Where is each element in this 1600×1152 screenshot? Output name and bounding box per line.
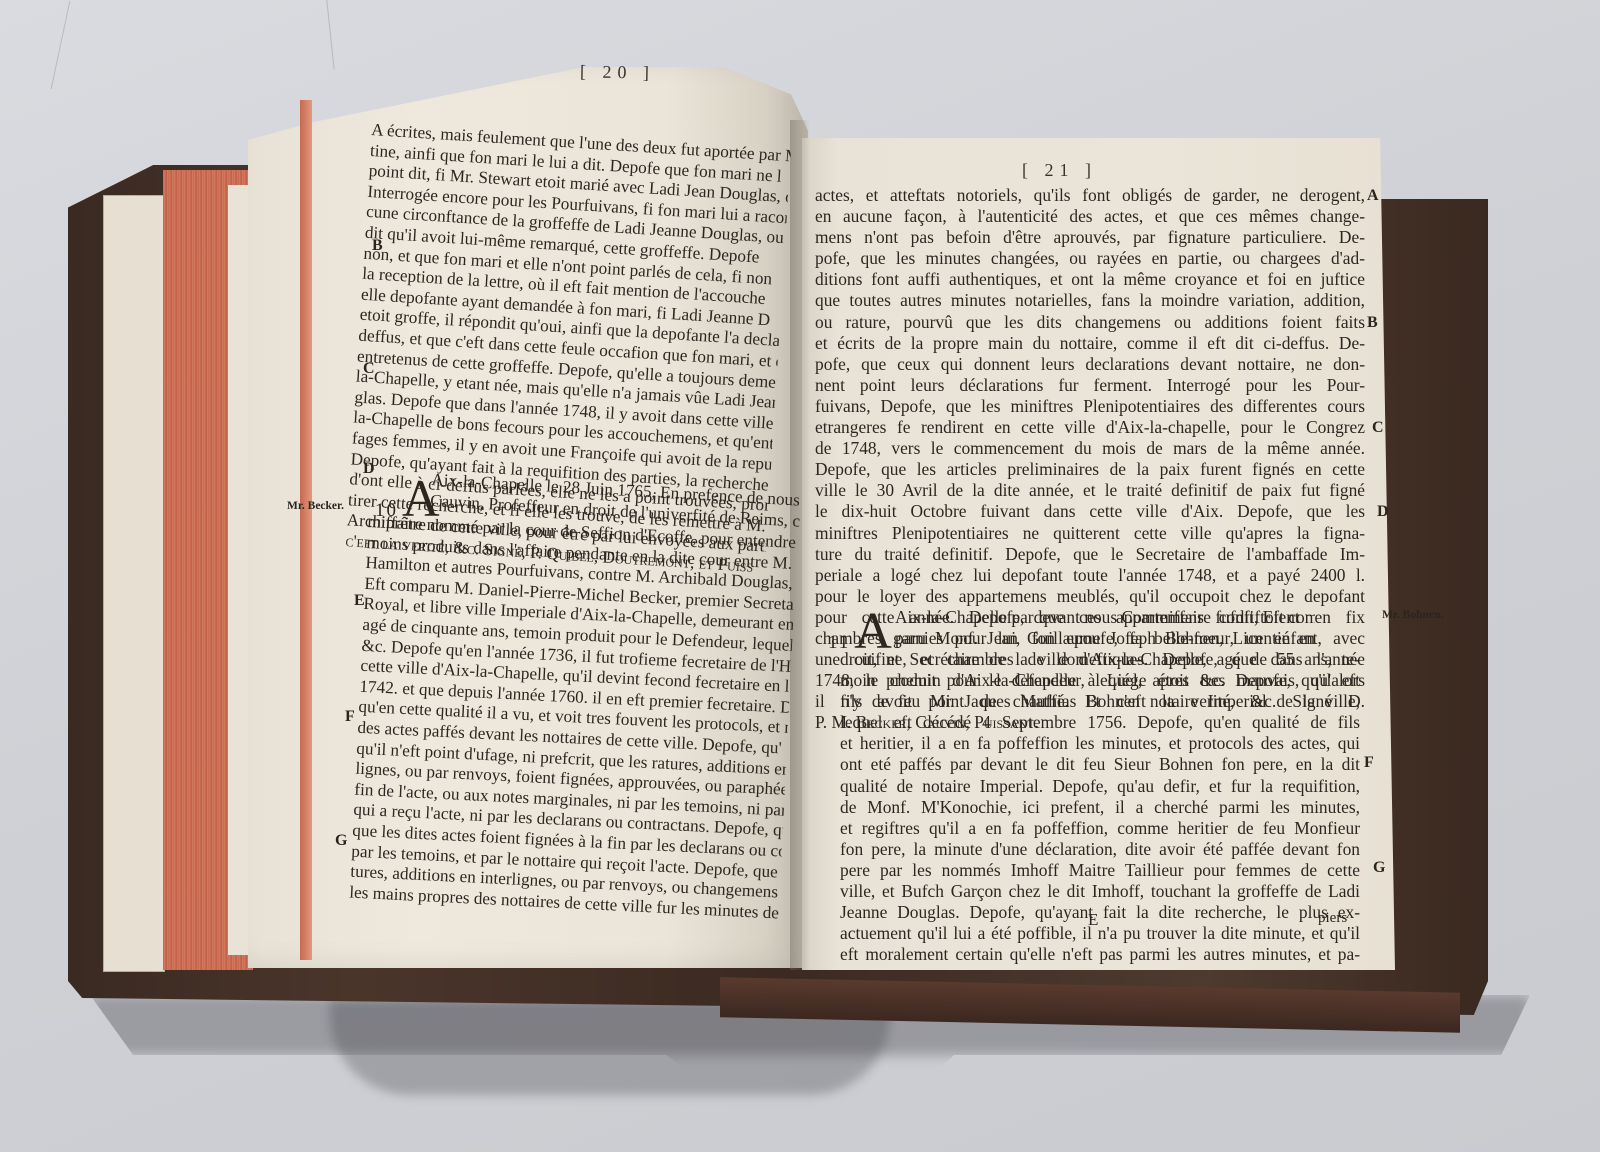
text-line: et regiftres qu'il a en fa poffeffion, c… — [840, 818, 1360, 839]
text-line: ville le 30 Avril de la dite année, et l… — [815, 480, 1365, 501]
text-line: fon pere, la minute d'une déclaration, d… — [840, 839, 1360, 860]
text-line: actuement qu'il lui a été poffible, il n… — [840, 923, 1360, 944]
catchword: piers — [1318, 910, 1347, 927]
page-number-right: [ 21 ] — [1022, 160, 1097, 181]
text-line: miniftres Plenipotentiaires ne quitteren… — [815, 523, 1365, 544]
text-line: moin produit pour le defendeur, lequel, … — [840, 670, 1360, 691]
surface-crack — [326, 0, 334, 70]
margin-letter-f: F — [1364, 754, 1374, 772]
text-line: etrangeres fe rendirent en cette ville d… — [815, 417, 1365, 438]
text-line: pofe, que les minutes changées, ou rayée… — [815, 248, 1365, 269]
text-line: et écrits de la propre main du nottaire,… — [815, 333, 1365, 354]
text-line: Aix-la-Chapelle pardevant nous Commiffai… — [895, 607, 1315, 628]
text-line: et heritier, il a en fa poffeffion les m… — [840, 733, 1360, 754]
text-line: ont eté paffés par devant le dit feu Sie… — [840, 754, 1360, 775]
text-line: ditions font auffi authentiques, et ont … — [815, 269, 1365, 290]
text-line: ou rature, pourvû que les dits changemen… — [815, 312, 1365, 333]
text-line: paru Monf. Jean Guillaume Jofeph Bohnen,… — [895, 628, 1315, 649]
text-line: ture du traité definitif. Depofe, que le… — [815, 544, 1365, 565]
text-line: mens n'ont pas befoin d'être aprouvés, p… — [815, 227, 1365, 248]
signature-mark: E — [1088, 910, 1098, 930]
text-line: ville, et Bufch Garçon chez le dit Imhof… — [840, 881, 1360, 902]
page-number-left: [ 20 ] — [580, 61, 655, 83]
margin-letter-g: G — [1373, 859, 1385, 877]
text-line: lequel eft décédé 4 Septembre 1756. Depo… — [840, 712, 1360, 733]
right-page-section-11-body: droit, et Secrétaire de la ville d'Aix-l… — [840, 649, 1360, 965]
text-line: fils de feu Mr. Jaques Mathias Bohnen no… — [840, 691, 1360, 712]
surface-crack — [51, 1, 71, 89]
margin-letter-d: D — [1377, 503, 1389, 521]
page-stack — [228, 185, 250, 955]
margin-letter-f: F — [345, 708, 355, 726]
left-page-section-10-body: miffaire nommé par la cour de Seffion d'… — [349, 512, 798, 924]
text-line: de Monf. M'Konochie, ici prefent, il a c… — [840, 797, 1360, 818]
margin-letter-b: B — [1367, 314, 1378, 332]
text-line: qualité de notaire Imperial. Depofe, qu'… — [840, 776, 1360, 797]
text-line: actes, et atteftats notoriels, qu'ils fo… — [815, 185, 1365, 206]
text-line: pofe, que ceux qui donnent leurs declara… — [815, 354, 1365, 375]
text-line: pere par les nommés Imhoff Maitre Tailli… — [840, 860, 1360, 881]
text-line: que toutes autres minutes notarielles, f… — [815, 290, 1365, 311]
text-line: pour le loyer des appartemens meublés, q… — [815, 586, 1365, 607]
margin-note-bohnen: Mr. Bohnen. — [1382, 609, 1443, 621]
text-line: eft moralement certain qu'elle n'eft pas… — [840, 944, 1360, 965]
margin-letter-a: A — [1367, 187, 1379, 205]
red-page-edge — [300, 100, 312, 960]
section-11-head: 11 A — [828, 610, 892, 654]
flyleaf — [103, 195, 165, 972]
right-page-section-11-head-text: Aix-la-Chapelle pardevant nous Commiffai… — [895, 607, 1315, 649]
text-line: periale a logé chez lui depofant toute l… — [815, 565, 1365, 586]
text-line: fuivans, Depofe, que les miniftres Pleni… — [815, 396, 1365, 417]
margin-letter-d: D — [363, 460, 375, 478]
margin-letter-c: C — [1372, 419, 1384, 437]
text-line: en aucune façon, à l'autenticité des act… — [815, 206, 1365, 227]
margin-note-becker: Mr. Becker. — [287, 500, 344, 512]
text-line: Jeanne Douglas. Depofe, qu'ayant fait la… — [840, 902, 1360, 923]
text-line: nent point leurs déclarations fur fermen… — [815, 375, 1365, 396]
text-line: droit, et Secrétaire de la ville d'Aix-l… — [840, 649, 1360, 670]
text-line: le dix-huit Octobre fuivant dans cette v… — [815, 501, 1365, 522]
margin-letter-c: C — [363, 360, 375, 378]
text-line: Depofe, que les articles preliminaires d… — [815, 459, 1365, 480]
text-line: de 1748, vers le commencement du mois de… — [815, 438, 1365, 459]
margin-letter-g: G — [335, 832, 347, 850]
margin-letter-b: B — [372, 237, 383, 255]
